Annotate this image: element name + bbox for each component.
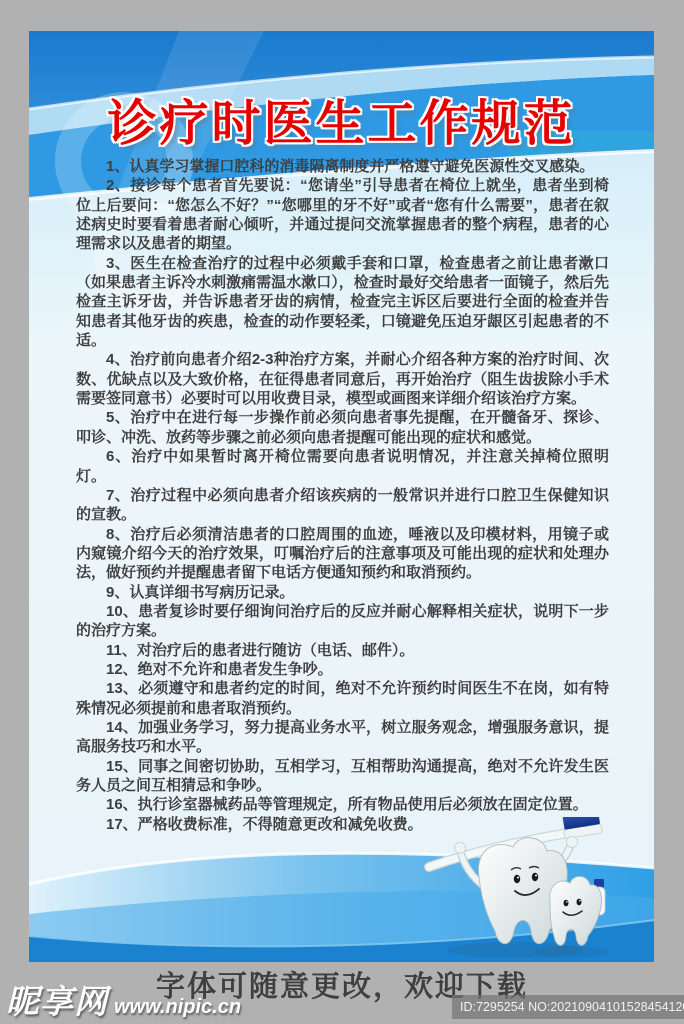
rule-item-7: 7、治疗过程中必须向患者介绍该疾病的一般常识并进行口腔卫生保健知识的宣教。 <box>76 486 609 525</box>
rule-item-9: 9、认真详细书写病历记录。 <box>76 583 609 602</box>
watermark-site-logo: 昵享网www.nipic.cn <box>6 976 241 1023</box>
rules-list: 1、认真学习掌握口腔科的消毒隔离制度并严格遵守避免医源性交叉感染。 2、接诊每个… <box>76 157 609 834</box>
rule-item-16: 16、执行诊室器械药品等管理规定，所有物品使用后必须放在固定位置。 <box>76 795 609 814</box>
rule-item-4: 4、治疗前向患者介绍2-3种治疗方案，并耐心介绍各种方案的治疗时间、次数、优缺点… <box>76 350 609 408</box>
rule-item-14: 14、加强业务学习，努力提高业务水平，树立服务观念，增强服务意识，提高服务技巧和… <box>76 718 609 757</box>
poster-title: 诊疗时医生工作规范 <box>29 85 654 155</box>
poster: 诊疗时医生工作规范 1、认真学习掌握口腔科的消毒隔离制度并严格遵守避免医源性交叉… <box>29 31 654 962</box>
rule-item-13: 13、必须遵守和患者约定的时间，绝对不允许预约时间医生不在岗，如有特殊情况必须提… <box>76 679 609 718</box>
rule-item-2: 2、接诊每个患者首先要说：“您请坐”引导患者在椅位上就坐，患者坐到椅位上后要问：… <box>76 176 609 253</box>
rule-item-6: 6、治疗中如果暂时离开椅位需要向患者说明情况，并注意关掉椅位照明灯。 <box>76 447 609 486</box>
rule-item-10: 10、患者复诊时要仔细询问治疗后的反应并耐心解释相关症状，说明下一步的治疗方案。 <box>76 602 609 641</box>
rule-item-12: 12、绝对不允许和患者发生争吵。 <box>76 660 609 679</box>
rule-item-8: 8、治疗后必须清洁患者的口腔周围的血迹，唾液以及印模材料，用镜子或内窥镜介绍今天… <box>76 525 609 583</box>
rule-item-15: 15、同事之间密切协助，互相学习，互相帮助沟通提高，绝对不允许发生医务人员之间互… <box>76 757 609 796</box>
site-url-text: www.nipic.cn <box>114 996 241 1018</box>
rule-item-11: 11、对治疗后的患者进行随访（电话、邮件）。 <box>76 641 609 660</box>
site-logo-text: 昵享网 <box>6 983 108 1020</box>
rule-item-17: 17、严格收费标准，不得随意更改和减免收费。 <box>76 815 609 834</box>
screenshot-stage: 诊疗时医生工作规范 1、认真学习掌握口腔科的消毒隔离制度并严格遵守避免医源性交叉… <box>0 0 684 1024</box>
tooth-mascot-small <box>550 876 605 945</box>
rule-item-1: 1、认真学习掌握口腔科的消毒隔离制度并严格遵守避免医源性交叉感染。 <box>76 157 609 176</box>
tooth-mascots <box>419 817 654 962</box>
watermark-id-bar: ID:7295254 NO:20210904101528454120 <box>452 995 684 1019</box>
mascot-ground-shadow-small <box>533 946 609 958</box>
rule-item-5: 5、治疗中在进行每一步操作前必须向患者事先提醒，在开髓备牙、探诊、叩诊、冲洗、放… <box>76 408 609 447</box>
rule-item-3: 3、医生在检查治疗的过程中必须戴手套和口罩，检查患者之前让患者漱口（如果患者主诉… <box>76 254 609 351</box>
